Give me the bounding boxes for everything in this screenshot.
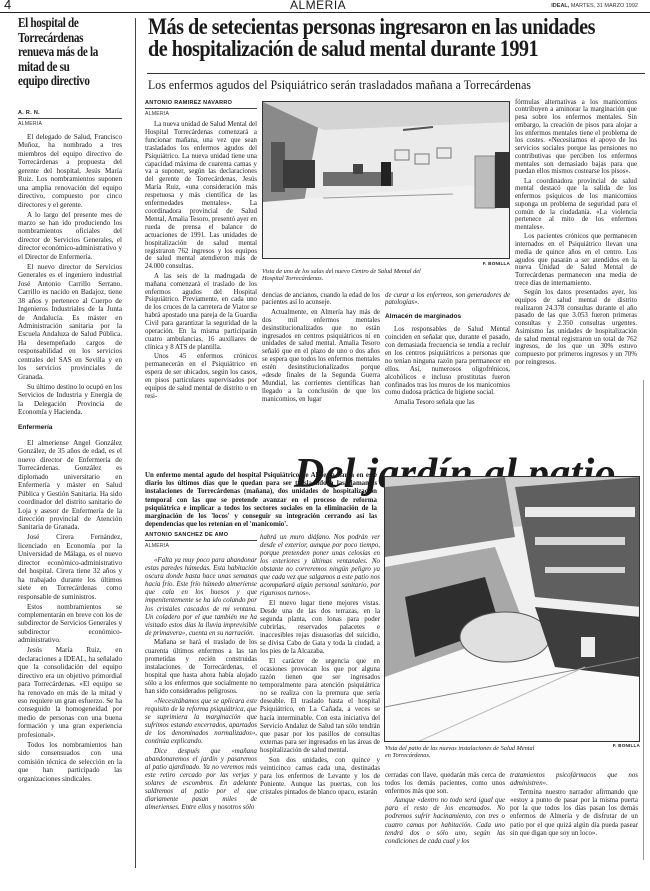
paragraph: fórmulas alternativas a los manicomios c… [515,99,637,177]
paragraph: Son dos unidades, con quince y veinticin… [260,757,380,797]
paragraph: A lo largo del presente mes de marzo se … [18,211,122,262]
photo-credit: F. BONILLA [570,743,640,748]
paragraph: José Cirera Fernández, licenciado en Eco… [18,533,122,601]
feature-byline: ANTONIO SANCHEZ DE AMO [145,532,257,538]
main-article-col1: ANTONIO RAMIREZ NAVARRO ALMERIA La nueva… [145,100,257,401]
page-edge [643,380,644,860]
paragraph: Unos 45 enfermos crónicos permanecerán e… [145,353,257,400]
ward-room-image [263,102,510,259]
masthead-rule [0,12,650,13]
feature-lede: Un enfermo mental agudo del hospital Psi… [145,472,377,529]
column-text: La nueva unidad de Salud Mental del Hosp… [145,121,257,401]
photo-caption: Vista del patio de las nuevas instalacio… [385,745,535,759]
paragraph: El nuevo director de Servicios Generales… [18,263,122,381]
left-article-headline: El hospital de Torrecárdenas renueva más… [18,16,100,89]
paragraph: «Necesitábamos que se aplicara este requ… [145,698,257,747]
deck-rule [147,73,645,74]
ward-photo [262,101,510,259]
column-text: «Falta ya muy poco para abandonar estas … [145,557,257,812]
paragraph: tratamientos psicofármacos que nos admin… [510,772,638,788]
paragraph: habrá un muro diáfano. Nos podrán ver de… [260,534,380,599]
dateline: IDEAL, MARTES, 31 MARZO 1992 [551,3,638,9]
paragraph: Amalia Tesoro señala que las [385,399,510,407]
paper-name: IDEAL, [551,3,569,9]
paragraph: El nuevo lugar tiene mejores vistas. Des… [260,600,380,657]
paragraph: cerradas con llave, quedarán más cerca d… [385,772,505,796]
feature-place: ALMERIA [145,540,257,549]
headline-line: Más de setecientas personas ingresaron e… [148,16,578,38]
section-title: ALMERIA [290,0,346,12]
paragraph: Estos nombramientos se complementarán en… [18,603,122,645]
main-article-col4: fórmulas alternativas a los manicomios c… [515,97,637,367]
paragraph: Todos los nombramientos han sido consens… [18,741,122,783]
photo-caption: Vista de uno de los salas del nuevo Cent… [262,268,432,282]
feature-col2: habrá un muro diáfano. Nos podrán ver de… [260,532,380,797]
paragraph: Dice después que «mañana abandonaremos e… [145,748,257,813]
left-article-subhead: Enfermería [18,424,122,432]
photo-credit: F. BONILLA [440,261,510,266]
paragraph: La coordinadora provincial de salud ment… [515,178,637,232]
paragraph: de curar a los enfermos, son generadores… [385,292,510,308]
paragraph: Termina nuestro narrador afirmando que «… [510,789,638,838]
paragraph: El delegado de Salud, Francisco Muñoz, h… [18,133,122,209]
page-number: 4 [4,0,11,12]
headline-line: de hospitalización de salud mental duran… [148,38,578,60]
main-article-col3: de curar a los enfermos, son generadores… [385,290,510,407]
paragraph: El carácter de urgencia que en ocasiones… [260,658,380,755]
patio-image [385,477,640,742]
paragraph: La nueva unidad de Salud Mental del Hosp… [145,121,257,271]
paragraph: Su último destino lo ocupó en los Servic… [18,383,122,417]
main-article-col2: dencias de ancianos, cuando la edad de l… [262,290,380,404]
column-divider [135,18,136,868]
paragraph: Los responsables de Salud Mental coincid… [385,326,510,397]
paragraph: Actualmente, en Almería hay más de dos m… [262,309,380,404]
left-article-body: El delegado de Salud, Francisco Muñoz, h… [18,133,122,783]
left-article-byline: A. R. N. [18,110,122,116]
paragraph: dencias de ancianos, cuando la edad de l… [262,292,380,308]
paragraph: El almeriense Angel González González, d… [18,439,122,532]
main-article-place: ALMERIA [145,108,257,117]
paragraph: Mañana se hará el traslado de los cuaren… [145,639,257,696]
main-headline: Más de setecientas personas ingresaron e… [148,16,578,60]
paragraph: Aunque «dentro no todo será igual que pa… [385,797,505,846]
feature-col3: cerradas con llave, quedarán más cerca d… [385,770,505,846]
feature-col4: tratamientos psicofármacos que nos admin… [510,770,638,838]
paragraph: «Falta ya muy poco para abandonar estas … [145,557,257,638]
main-article-byline: ANTONIO RAMIREZ NAVARRO [145,100,257,106]
main-deck: Los enfermos agudos del Psiquiátrico ser… [148,78,531,93]
left-article-place: ALMERIA [18,118,122,127]
paragraph: Los pacientes crónicos que permanecen in… [515,233,637,287]
paragraph: Jesús María Ruiz, en declaraciones a IDE… [18,646,122,739]
left-article: A. R. N. ALMERIA El delegado de Salud, F… [18,110,122,783]
issue-date: MARTES, 31 MARZO 1992 [571,3,638,9]
paragraph: Según los datos presentados ayer, los eq… [515,289,637,367]
patio-photo [384,476,640,742]
paragraph: A las seis de la madrugada de mañana com… [145,273,257,352]
feature-col1: ANTONIO SANCHEZ DE AMO ALMERIA «Falta ya… [145,532,257,812]
main-article-subhead: Almacén de marginados [385,313,510,321]
